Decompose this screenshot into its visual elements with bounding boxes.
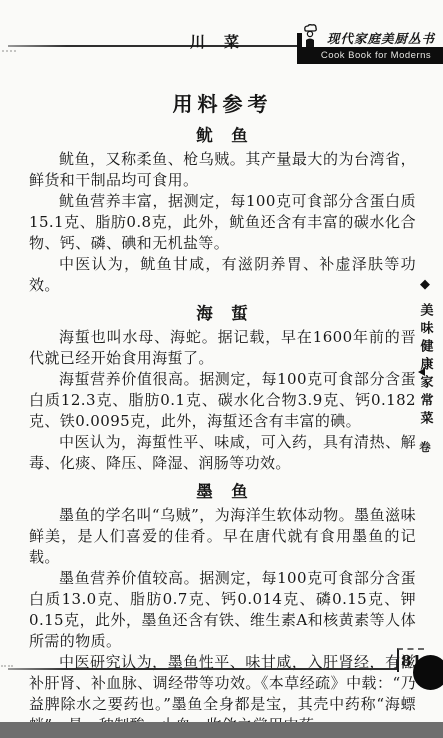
section-heading-jellyfish: 海 蜇 bbox=[29, 303, 416, 325]
paragraph: 墨鱼的学名叫“乌贼”，为海洋生软体动物。墨鱼滋味鲜美，是人们喜爱的佳肴。早在唐代… bbox=[29, 505, 416, 568]
chapter-title: 川 菜 bbox=[158, 31, 273, 52]
paragraph: 中医认为，鱿鱼甘咸，有滋阴养胃、补虚泽肤等功效。 bbox=[29, 254, 416, 296]
scan-smudge bbox=[2, 50, 16, 59]
banner-bar: Cook Book for Moderns bbox=[297, 47, 443, 64]
scan-bottom-band bbox=[0, 722, 443, 738]
edge-sidebar: ◆ 美味健康家常菜 卷 bbox=[414, 278, 436, 455]
volume-mark: 卷 bbox=[419, 439, 431, 455]
series-title-en: Cook Book for Moderns bbox=[309, 50, 431, 61]
book-page: 川 菜 现代家庭美厨丛书 Cook Book for Moderns 用料参考 … bbox=[0, 0, 443, 738]
sidebar-vertical-title: 美味健康家常菜 bbox=[416, 303, 435, 429]
paragraph: 鱿鱼营养丰富，据测定，每100克可食部分含蛋白质15.1克、脂肪0.8克，此外，… bbox=[29, 191, 416, 254]
paragraph: 海蜇也叫水母、海蛇。据记载，早在1600年前的晋代就已经开始食用海蜇了。 bbox=[29, 327, 416, 369]
paragraph: 鱿鱼，又称柔鱼、枪乌贼。其产量最大的为台湾省，鲜货和干制品均可食用。 bbox=[29, 149, 416, 191]
section-heading-cuttlefish: 墨 鱼 bbox=[29, 481, 416, 503]
paragraph: 中医认为，海蜇性平、味咸，可入药，具有清热、解毒、化痰、降压、降湿、润肠等功效。 bbox=[29, 432, 416, 474]
page-content: 用料参考 鱿 鱼 鱿鱼，又称柔鱼、枪乌贼。其产量最大的为台湾省，鲜货和干制品均可… bbox=[29, 88, 416, 736]
corner-dot bbox=[413, 655, 443, 690]
sidebar-arrow-marker-icon bbox=[418, 368, 425, 376]
paragraph: 墨鱼营养价值较高。据测定，每100克可食部分含蛋白质13.0克、脂肪0.7克、钙… bbox=[29, 568, 416, 652]
footer-rule bbox=[8, 668, 397, 670]
page-title: 用料参考 bbox=[29, 88, 416, 117]
paragraph: 海蜇营养价值很高。据测定，每100克可食部分含蛋白质12.3克、脂肪0.1克、碳… bbox=[29, 369, 416, 432]
section-heading-squid: 鱿 鱼 bbox=[29, 125, 416, 147]
diamond-ornament-icon: ◆ bbox=[420, 278, 430, 291]
